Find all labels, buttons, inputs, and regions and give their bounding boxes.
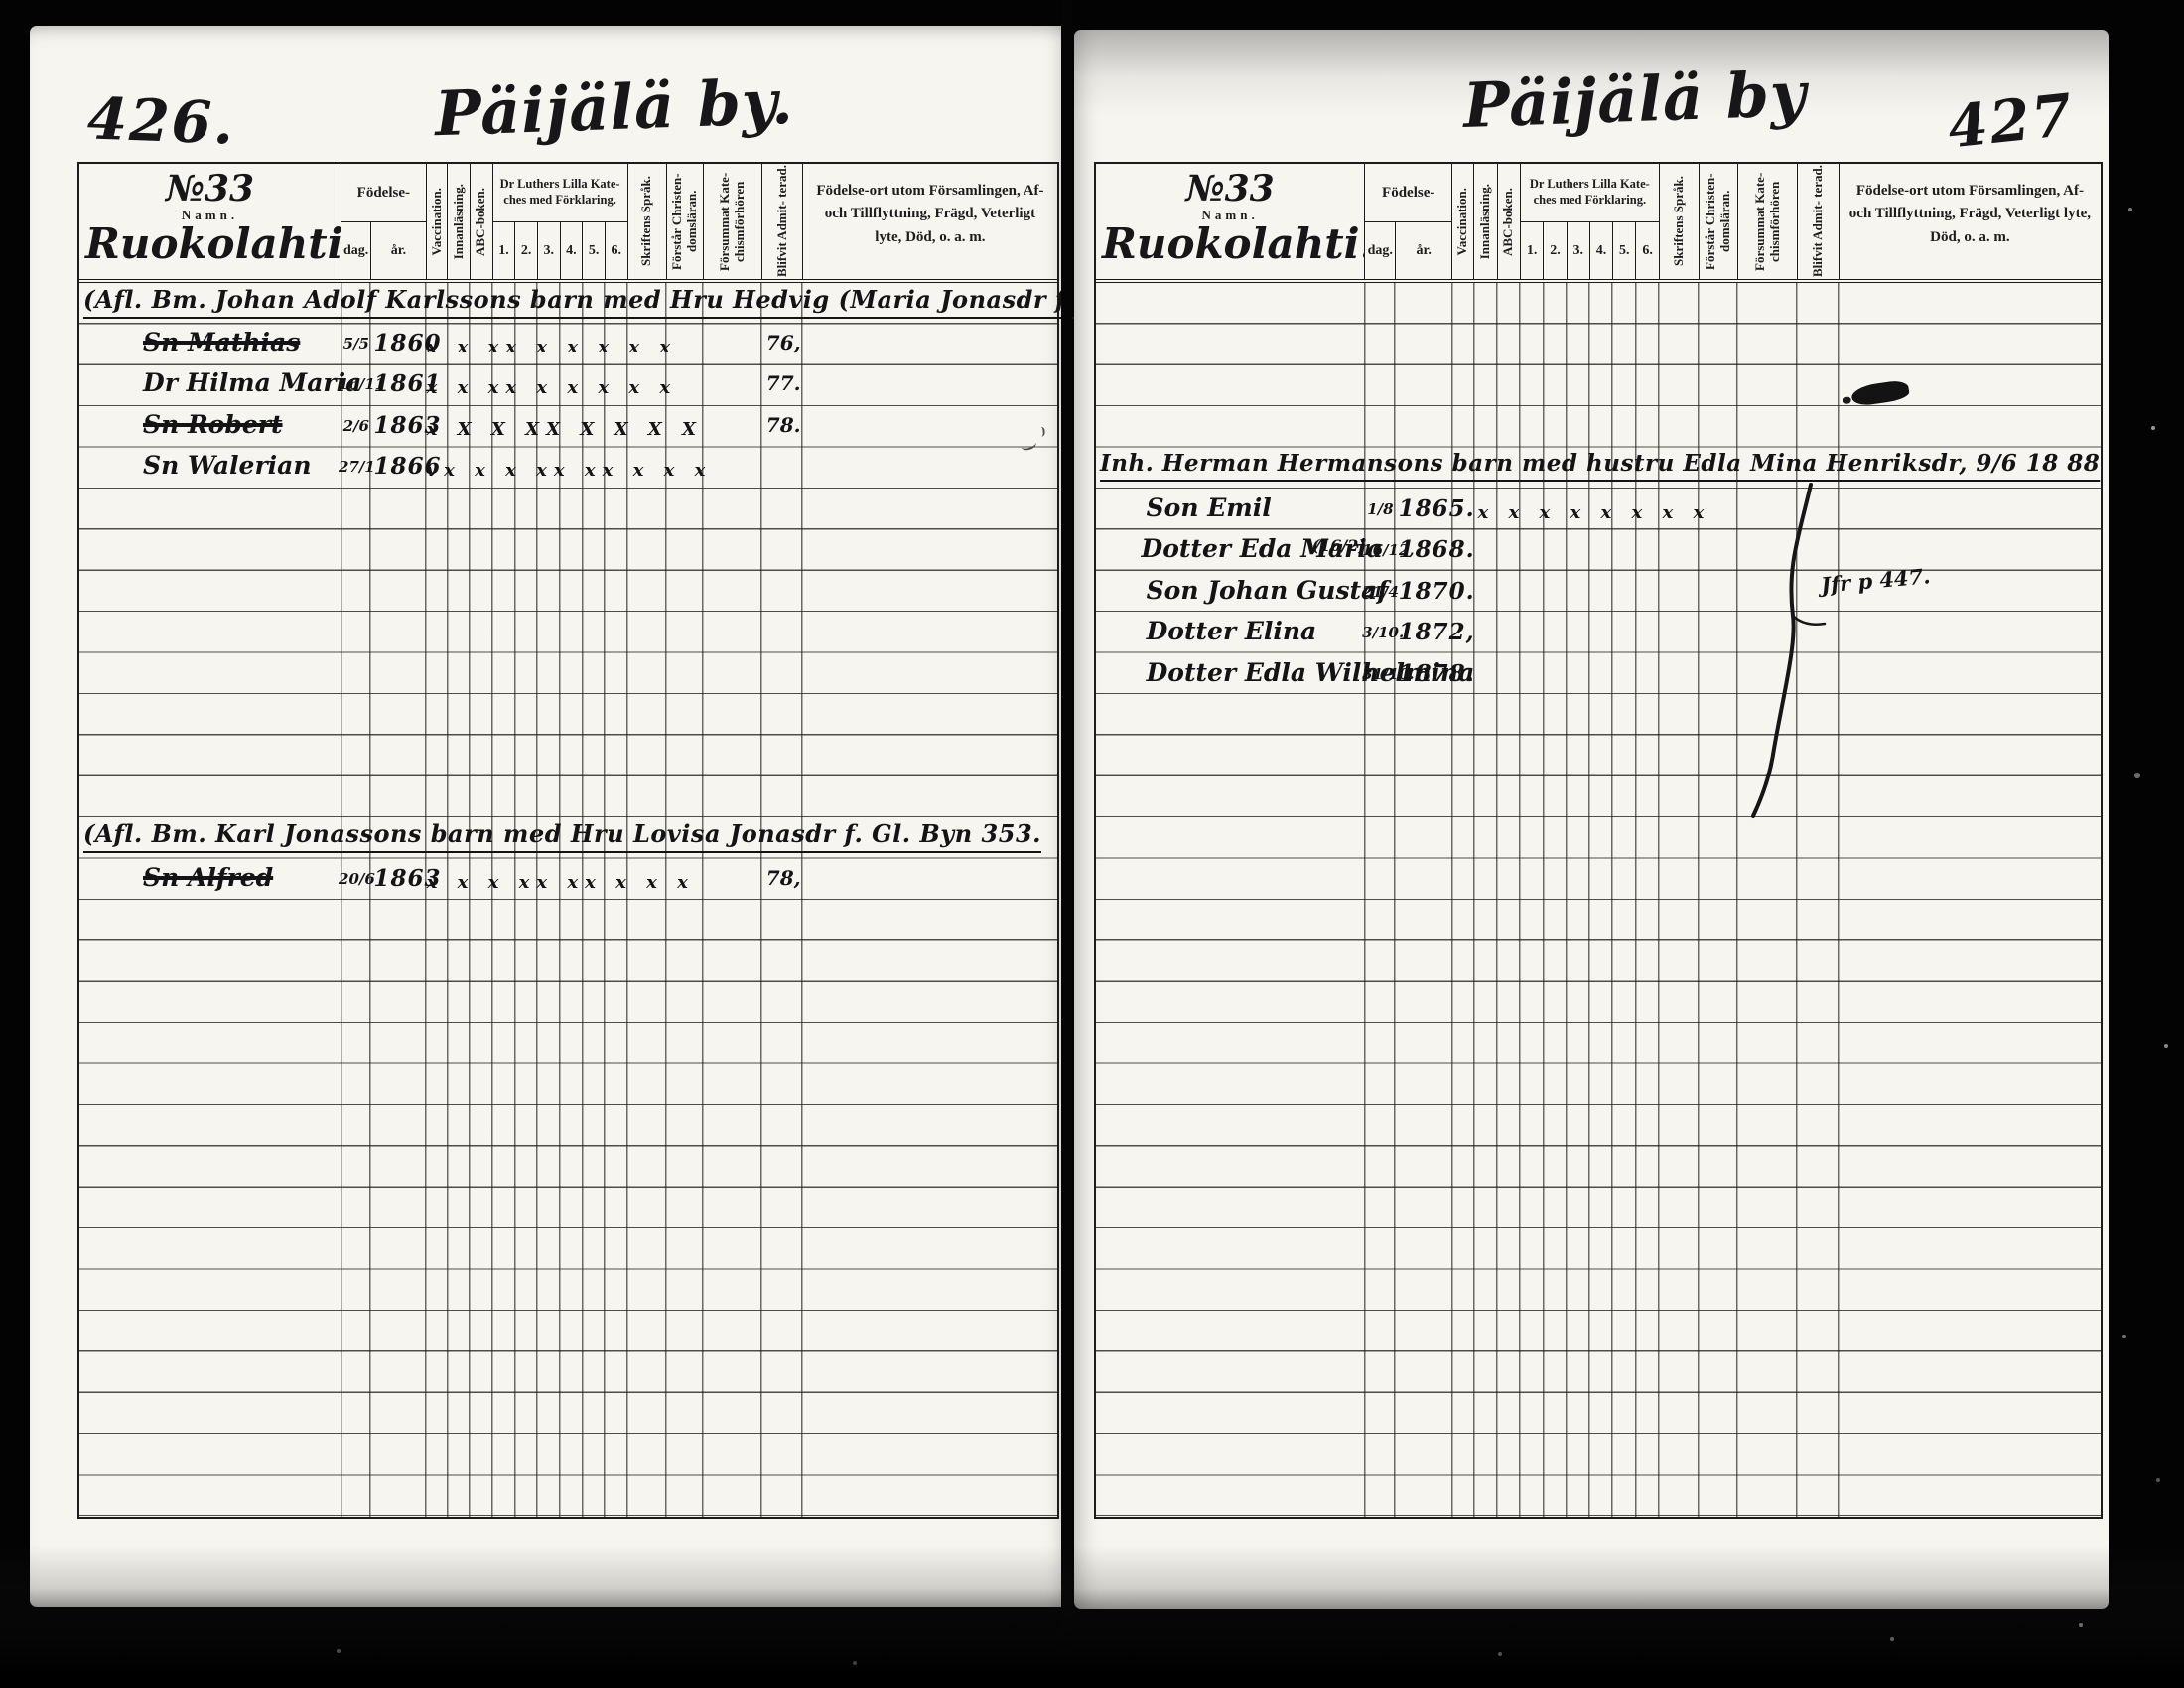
family-header: Inh. Herman Hermansons barn med hustru E… [1100, 450, 2100, 477]
birth-day: 16/12, [1362, 541, 1398, 559]
page-number-left: 426. [86, 84, 237, 157]
village-title-right: Päijälä by [1462, 58, 1808, 142]
dag-label: dag. [341, 222, 370, 279]
katekes-2: 2. [514, 222, 537, 279]
col-vaccination: Vaccination. [1451, 164, 1473, 279]
fodelse-subrow: dag. år. [1365, 221, 1451, 279]
forstar-label: Förstår Christen- domsläran. [1704, 165, 1733, 278]
birth-day: 16/11 [339, 375, 373, 393]
katekes-5: 5. [582, 222, 605, 279]
family-header: (Afl. Bm. Karl Jonassons barn med Hru Lo… [83, 819, 1041, 848]
blifvit-label: Blifvit Admit- terad. [775, 165, 790, 277]
margin-number: (16/2) [1312, 536, 1366, 555]
col-forstar-christendomslaran: Förstår Christen- domsläran. [1699, 164, 1736, 279]
katekes-label: Dr Luthers Lilla Kate-ches med Förklarin… [493, 164, 627, 221]
katekes-4: 4. [1589, 222, 1612, 279]
innanlasning-label: Innanläsning. [452, 184, 467, 259]
birth-day: 2/6 [339, 417, 373, 435]
col-innanlasning: Innanläsning. [447, 164, 470, 279]
katekes-1: 1. [493, 222, 515, 279]
birth-day: 20/6 [339, 870, 373, 888]
katekes-3: 3. [1567, 222, 1589, 279]
forsummat-label: Försummat Kate- chismförhören [1753, 165, 1783, 278]
member-name: Sn Alfred [143, 863, 273, 892]
skriftens-label: Skriftens Språk. [1672, 176, 1687, 266]
birth-day: 21/4 [1362, 583, 1398, 601]
innanlasning-label: Innanläsning. [1478, 184, 1493, 259]
remarks-label: Födelse-ort utom Församlingen, Af- och T… [1840, 164, 2101, 249]
col-forsummat-katechismforhoren: Försummat Kate- chismförhören [703, 164, 761, 279]
col-remarks: Födelse-ort utom Församlingen, Af- och T… [1839, 164, 2101, 279]
col-skriftens-sprak: Skriftens Språk. [627, 164, 666, 279]
birth-day: 27/1 [339, 458, 373, 476]
table-body-left: (Afl. Bm. Johan Adolf Karlssons barn med… [79, 283, 1057, 1517]
col-abc-boken: ABC-boken. [1497, 164, 1520, 279]
vaccination-label: Vaccination. [1455, 188, 1470, 256]
admitted-year: 78, [763, 866, 804, 890]
col-remarks: Födelse-ort utom Församlingen, Af- och T… [802, 164, 1057, 279]
birth-year: 1872, [1399, 619, 1475, 645]
catechism-marks: vx x x xx xx x x x [427, 460, 713, 481]
col-forstar-christendomslaran: Förstår Christen- domsläran. [666, 164, 703, 279]
table-header-left: №33 Namn. Ruokolahti. Födelse- dag. år. … [79, 164, 1057, 283]
catechism-marks: x X X XX X X X X [427, 419, 703, 440]
parish-name: Ruokolahti. [85, 219, 341, 268]
member-name: Dotter Elina [1147, 617, 1317, 645]
katekes-1: 1. [1521, 222, 1543, 279]
col-blifvit-admitterad: Blifvit Admit- terad. [1797, 164, 1838, 279]
abc-label: ABC-boken. [1501, 188, 1516, 256]
film-speckles [0, 0, 2, 2]
page-left: 426. Päijälä by. №33 Namn. Ruokolahti. F… [30, 26, 1070, 1607]
blifvit-label: Blifvit Admit- terad. [1811, 165, 1826, 277]
katekes-6: 6. [605, 222, 627, 279]
katekes-label: Dr Luthers Lilla Kate-ches med Förklarin… [1521, 164, 1659, 221]
catechism-marks: x x x x x x x x [1478, 502, 1711, 523]
katekes-2: 2. [1543, 222, 1566, 279]
katekes-3: 3. [537, 222, 560, 279]
dag-label: dag. [1365, 222, 1395, 279]
ar-label: år. [370, 222, 425, 279]
household-number: №33 [79, 168, 341, 210]
katekes-6: 6. [1635, 222, 1658, 279]
table-header-right: №33 Namn. Ruokolahti. Födelse- dag. år. … [1096, 164, 2101, 283]
member-name: Sn Mathias [143, 328, 300, 356]
admitted-year: 78. [763, 413, 804, 437]
catechism-marks: x x xx x x x x x [427, 377, 677, 398]
katekes-5: 5. [1612, 222, 1635, 279]
col-fodelse: Födelse- dag. år. [341, 164, 426, 279]
fodelse-label: Födelse- [341, 164, 426, 221]
col-blifvit-admitterad: Blifvit Admit- terad. [761, 164, 801, 279]
table-body-right: Inh. Herman Hermansons barn med hustru E… [1096, 283, 2101, 1517]
col-abc-boken: ABC-boken. [470, 164, 492, 279]
ar-label: år. [1395, 222, 1451, 279]
page-number-right: 427 [1945, 81, 2077, 162]
admitted-year: 76, [763, 331, 804, 354]
col-namn: №33 Namn. Ruokolahti. [1096, 164, 1364, 279]
birth-year: 1868. [1399, 536, 1475, 563]
remarks-label: Födelse-ort utom Församlingen, Af- och T… [803, 164, 1057, 249]
col-vaccination: Vaccination. [426, 164, 448, 279]
member-name: Dr Hilma Maria [143, 368, 361, 397]
page-right: 427 Päijälä by №33 Namn. Ruokolahti. Föd… [1074, 30, 2109, 1609]
catechism-marks: x x x xx xx x x x [427, 872, 695, 893]
member-name: Sn Walerian [143, 451, 311, 480]
birth-day: 31/10. [1362, 665, 1398, 683]
catechism-marks: x x xx x x x x x [427, 337, 677, 357]
vaccination-label: Vaccination. [430, 188, 445, 256]
birth-day: 3/10. [1362, 624, 1398, 641]
birth-year: 1865. [1399, 495, 1475, 522]
register-table-left: №33 Namn. Ruokolahti. Födelse- dag. år. … [77, 162, 1059, 1519]
member-name: Son Emil [1147, 493, 1272, 522]
col-namn: №33 Namn. Ruokolahti. [79, 164, 341, 279]
abc-label: ABC-boken. [474, 188, 488, 256]
admitted-year: 77. [763, 371, 804, 395]
birth-day: 1/8 [1362, 500, 1398, 518]
forsummat-label: Försummat Kate- chismförhören [718, 165, 748, 278]
ink-stroke [1729, 467, 1868, 834]
book-spine [1061, 0, 1072, 1688]
col-forsummat-katechismforhoren: Försummat Kate- chismförhören [1737, 164, 1798, 279]
birth-day: 5/5 [339, 335, 373, 352]
col-katekes: Dr Luthers Lilla Kate-ches med Förklarin… [1520, 164, 1659, 279]
fodelse-subrow: dag. år. [341, 221, 426, 279]
member-name: Sn Robert [143, 410, 283, 439]
scanned-parish-register: 426. Päijälä by. №33 Namn. Ruokolahti. F… [0, 0, 2184, 1688]
birth-year: 1878. [1399, 660, 1475, 687]
col-fodelse: Födelse- dag. år. [1364, 164, 1451, 279]
katekes-4: 4. [560, 222, 583, 279]
photo-shadow [0, 1545, 2184, 1688]
household-number: №33 [1096, 168, 1364, 210]
col-katekes: Dr Luthers Lilla Kate-ches med Förklarin… [492, 164, 627, 279]
fodelse-label: Födelse- [1365, 164, 1451, 221]
katekes-subrow: 1. 2. 3. 4. 5. 6. [1521, 221, 1659, 279]
parish-name: Ruokolahti. [1102, 219, 1364, 268]
register-table-right: №33 Namn. Ruokolahti. Födelse- dag. år. … [1094, 162, 2103, 1519]
col-innanlasning: Innanläsning. [1473, 164, 1496, 279]
forstar-label: Förstår Christen- domsläran. [670, 165, 700, 278]
col-skriftens-sprak: Skriftens Språk. [1659, 164, 1699, 279]
member-name: Son Johan Gustaf [1147, 576, 1388, 605]
village-title-left: Päijälä by. [434, 66, 795, 151]
birth-year: 1870. [1399, 578, 1475, 605]
katekes-subrow: 1. 2. 3. 4. 5. 6. [493, 221, 627, 279]
skriftens-label: Skriftens Språk. [639, 176, 654, 266]
